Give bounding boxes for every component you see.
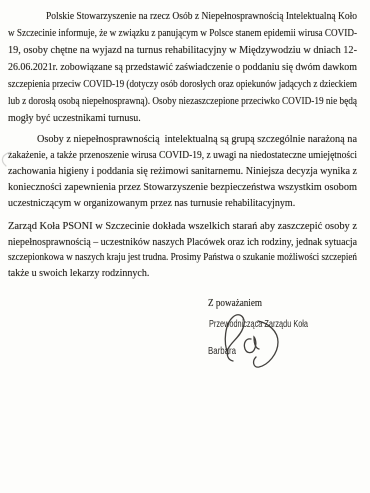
text-line-content: zakażenie, a także przenoszenie wirusa C… <box>8 148 357 164</box>
text-line: mogły być uczestnikami turnusu. <box>8 110 357 127</box>
text-line-content: uczestniczącym w organizowanym przez nas… <box>8 196 295 212</box>
text-line-content: także u swoich lekarzy rodzinnych. <box>8 266 149 282</box>
scanned-letter-page: Polskie Stowarzyszenie na rzecz Osób z N… <box>0 0 370 493</box>
text-line-content: szczepienia przeciw COVID-19 (dotyczy os… <box>8 76 357 93</box>
signature-name: Barbara <box>208 346 236 358</box>
text-line-content: Osoby z niepełnosprawnością intelektualn… <box>37 132 357 148</box>
text-line: Osoby z niepełnosprawnością intelektualn… <box>8 132 357 148</box>
text-line: Zarząd Koła PSONI w Szczecinie dokłada w… <box>8 219 357 235</box>
text-line-content: szczepionkowa w naszych kraju jest trudn… <box>8 250 357 266</box>
text-line: uczestniczącym w organizowanym przez nas… <box>8 196 357 212</box>
text-line: niepełnosprawnością – uczestników naszyc… <box>8 235 357 251</box>
text-line-content: lub z dorosłą osobą niepełnosprawną). Os… <box>8 93 357 110</box>
text-line-content: w Szczecinie informuje, że w związku z p… <box>8 25 357 42</box>
text-line: 26.06.2021r. zobowiązane są przedstawić … <box>8 59 357 76</box>
text-line-content: niepełnosprawnością – uczestników naszyc… <box>8 235 357 251</box>
text-line-content: 26.06.2021r. zobowiązane są przedstawić … <box>8 59 357 76</box>
signature-title-text: Przewodnicząca Zarządu Koła <box>209 319 308 331</box>
text-line-content: zachowania higieny i poddania się reżimo… <box>8 164 357 180</box>
text-line-content: 19, osoby chętne na wyjazd na turnus reh… <box>8 42 357 59</box>
text-line-content: mogły być uczestnikami turnusu. <box>8 110 141 127</box>
text-line: 19, osoby chętne na wyjazd na turnus reh… <box>8 42 357 59</box>
text-line: szczepienia przeciw COVID-19 (dotyczy os… <box>8 76 357 93</box>
text-line-content: Zarząd Koła PSONI w Szczecinie dokłada w… <box>8 219 357 235</box>
letter-body: Polskie Stowarzyszenie na rzecz Osób z N… <box>0 0 370 281</box>
text-line-content: Polskie Stowarzyszenie na rzecz Osób z N… <box>46 8 357 25</box>
text-line: zachowania higieny i poddania się reżimo… <box>8 164 357 180</box>
signature-title: Przewodnicząca Zarządu Koła <box>209 319 308 331</box>
text-line: konieczności zapewnienia przez Stowarzys… <box>8 180 357 196</box>
signature-name-text: Barbara <box>208 346 236 358</box>
paragraph-camp-requirement: Polskie Stowarzyszenie na rzecz Osób z N… <box>8 8 357 127</box>
text-line: lub z dorosłą osobą niepełnosprawną). Os… <box>8 93 357 110</box>
closing-text: Z poważaniem <box>208 297 262 310</box>
text-line: zakażenie, a także przenoszenie wirusa C… <box>8 148 357 164</box>
text-line: także u swoich lekarzy rodzinnych. <box>8 266 357 282</box>
paragraph-risk-explanation: Osoby z niepełnosprawnością intelektualn… <box>8 132 357 212</box>
text-line: w Szczecinie informuje, że w związku z p… <box>8 25 357 42</box>
text-line: Polskie Stowarzyszenie na rzecz Osób z N… <box>8 8 357 25</box>
text-line-content: konieczności zapewnienia przez Stowarzys… <box>8 180 357 196</box>
paragraph-board-efforts: Zarząd Koła PSONI w Szczecinie dokłada w… <box>8 219 357 281</box>
closing-salutation: Z poważaniem <box>208 297 262 310</box>
text-line: szczepionkowa w naszych kraju jest trudn… <box>8 250 357 266</box>
